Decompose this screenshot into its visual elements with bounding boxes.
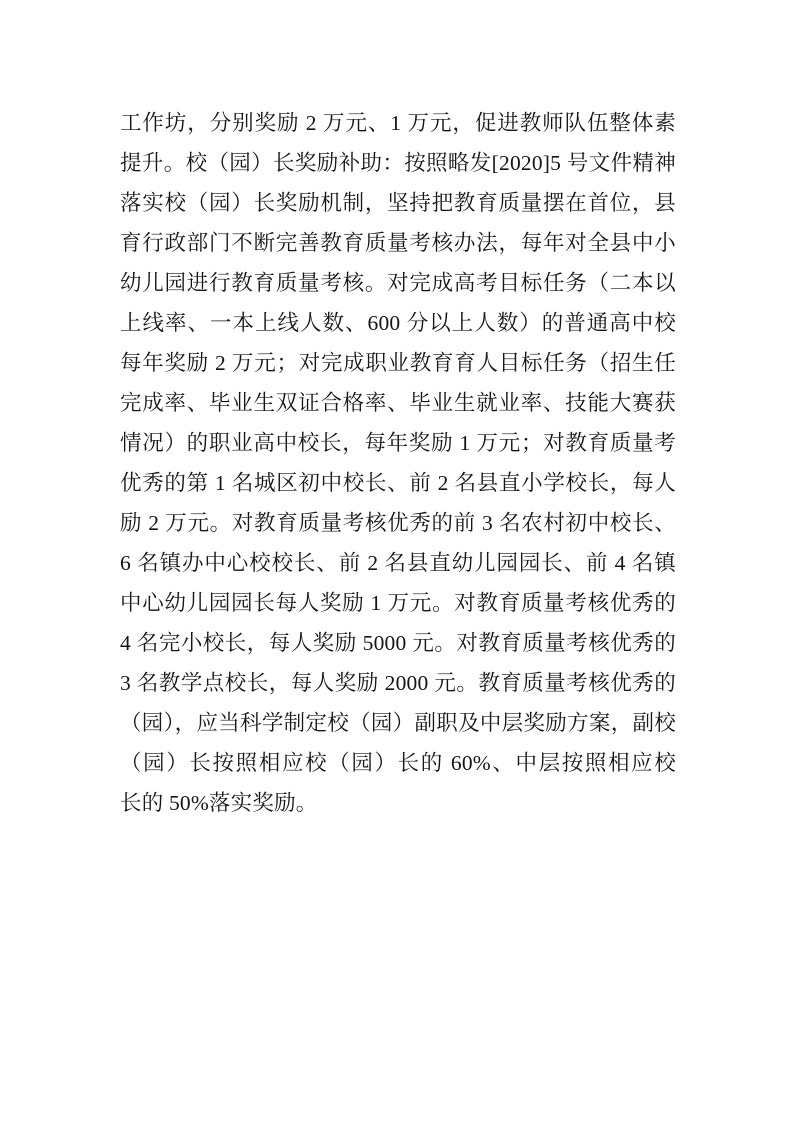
text-line: 育行政部门不断完善教育质量考核办法，每年对全县中小学 — [120, 223, 676, 263]
text-line: 情况）的职业高中校长，每年奖励 1 万元；对教育质量考核 — [120, 423, 676, 463]
text-line: 中心幼儿园园长每人奖励 1 万元。对教育质量考核优秀的前 — [120, 583, 676, 623]
text-line: （园）长按照相应校（园）长的 60%、中层按照相应校（园） — [120, 743, 676, 783]
text-line: 每年奖励 2 万元；对完成职业教育育人目标任务（招生任务 — [120, 343, 676, 383]
text-line: 长的 50%落实奖励。 — [120, 783, 676, 823]
body-text-paragraph: 工作坊，分别奖励 2 万元、1 万元，促进教师队伍整体素质 提升。校（园）长奖励… — [120, 103, 676, 823]
text-line: 完成率、毕业生双证合格率、毕业生就业率、技能大赛获奖 — [120, 383, 676, 423]
text-line: （园），应当科学制定校（园）副职及中层奖励方案，副校 — [120, 703, 676, 743]
text-line: 6 名镇办中心校校长、前 2 名县直幼儿园园长、前 4 名镇办 — [120, 543, 676, 583]
text-line: 落实校（园）长奖励机制，坚持把教育质量摆在首位，县教 — [120, 183, 676, 223]
text-line: 工作坊，分别奖励 2 万元、1 万元，促进教师队伍整体素质 — [120, 103, 676, 143]
text-line: 优秀的第 1 名城区初中校长、前 2 名县直小学校长，每人奖 — [120, 463, 676, 503]
text-line: 4 名完小校长，每人奖励 5000 元。对教育质量考核优秀的前 — [120, 623, 676, 663]
text-line: 励 2 万元。对教育质量考核优秀的前 3 名农村初中校长、前 — [120, 503, 676, 543]
document-page: 工作坊，分别奖励 2 万元、1 万元，促进教师队伍整体素质 提升。校（园）长奖励… — [0, 0, 793, 1122]
text-line: 提升。校（园）长奖励补助：按照略发[2020]5 号文件精神 — [120, 143, 676, 183]
text-line: 3 名教学点校长，每人奖励 2000 元。教育质量考核优秀的校 — [120, 663, 676, 703]
text-line: 上线率、一本上线人数、600 分以上人数）的普通高中校长， — [120, 303, 676, 343]
text-line: 幼儿园进行教育质量考核。对完成高考目标任务（二本以上 — [120, 263, 676, 303]
